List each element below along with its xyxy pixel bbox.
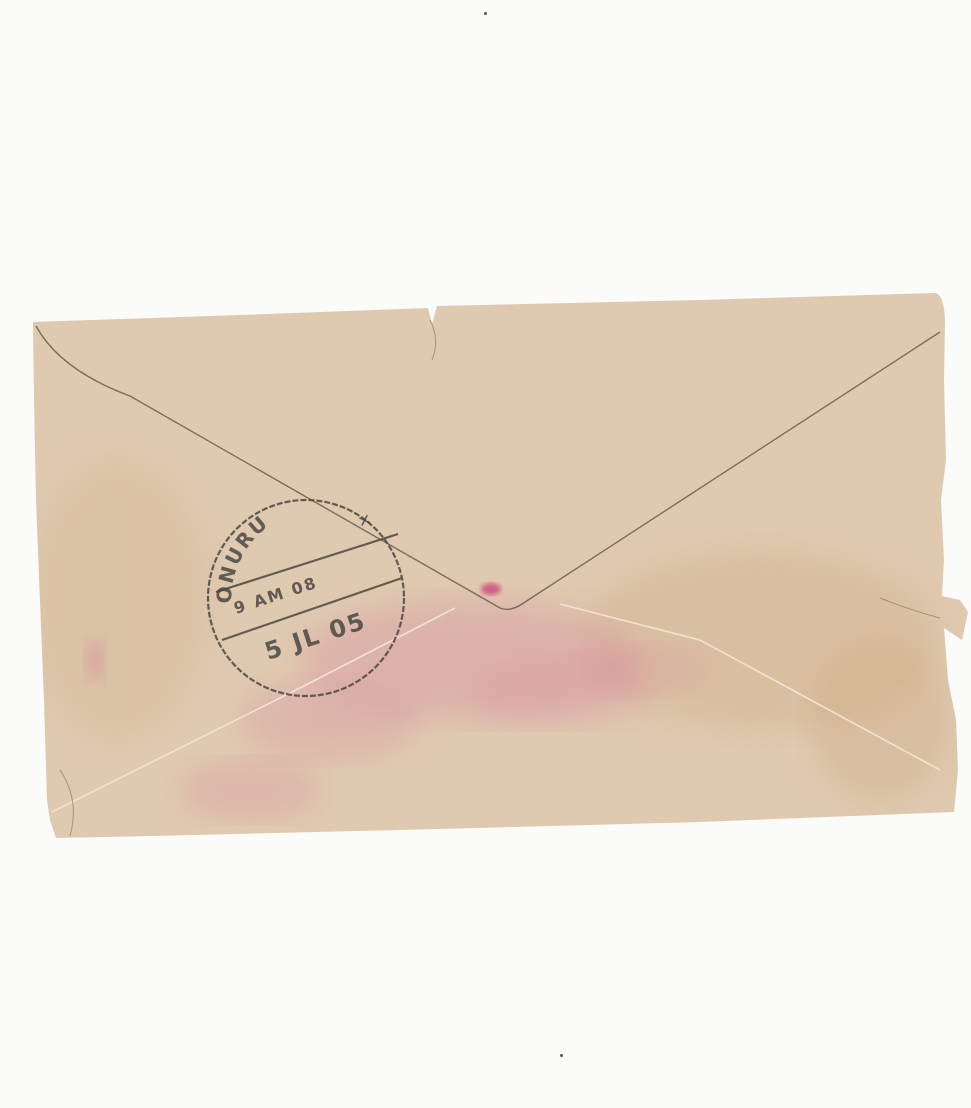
envelope-scene: ONURU ✕ 9 AM 08 5 JL 05 bbox=[0, 0, 971, 1108]
ink-spot bbox=[481, 583, 501, 595]
